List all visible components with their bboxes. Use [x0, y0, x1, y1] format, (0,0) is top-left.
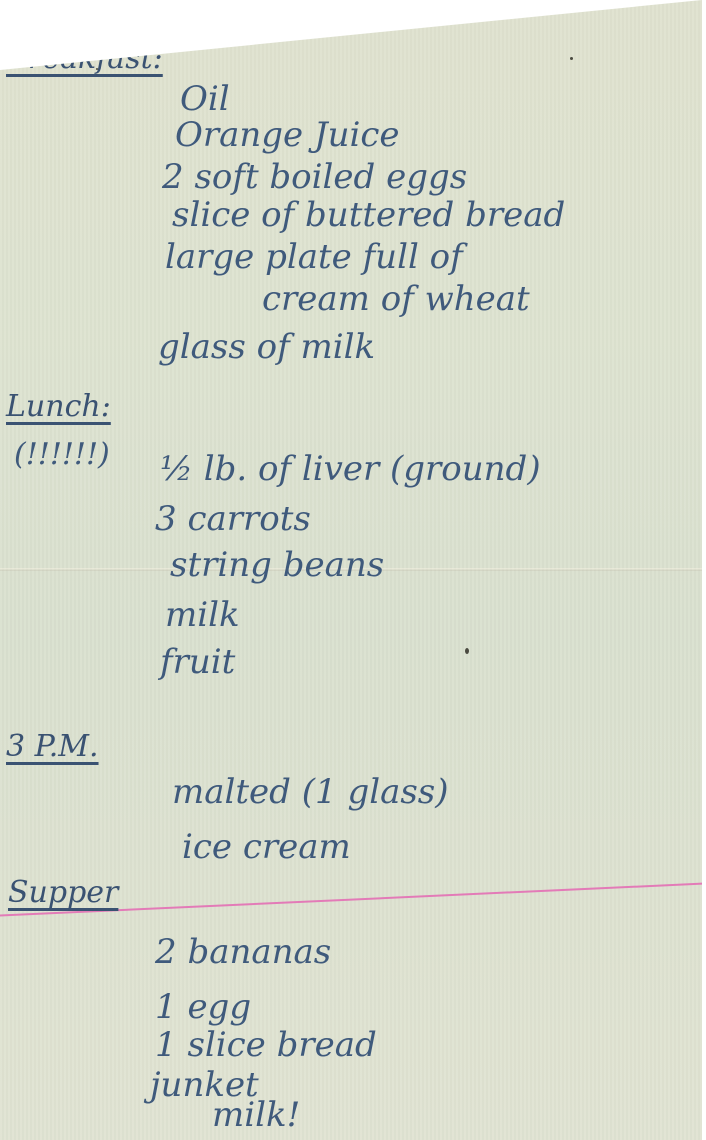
paper-speck: [570, 57, 573, 60]
heading-3pm: 3 P.M.: [6, 732, 99, 762]
page-number: 8.: [300, 2, 321, 24]
list-item: slice of buttered bread: [172, 198, 565, 232]
list-item: ½ lb. of liver (ground): [160, 452, 541, 486]
paper-speck: [96, 68, 98, 70]
paper-speck: [465, 648, 469, 654]
list-item: milk!: [212, 1098, 300, 1132]
list-item: 1 egg: [155, 990, 251, 1024]
list-item: Orange Juice: [175, 118, 400, 152]
list-item: large plate full of: [165, 240, 463, 274]
list-item: glass of milk: [158, 330, 375, 364]
list-item: fruit: [160, 645, 235, 679]
list-item: cream of wheat: [262, 282, 530, 316]
heading-breakfast: Breakfast:: [6, 44, 163, 74]
emphasis-marks: (!!!!!!): [14, 440, 110, 470]
list-item: ice cream: [182, 830, 351, 864]
list-item: Oil: [180, 82, 230, 116]
list-item: 2 bananas: [155, 935, 331, 969]
list-item: 2 soft boiled eggs: [162, 160, 467, 194]
list-item: milk: [165, 598, 240, 632]
list-item: string beans: [170, 548, 384, 582]
heading-lunch: Lunch:: [6, 392, 111, 422]
list-item: 3 carrots: [155, 502, 311, 536]
list-item: malted (1 glass): [172, 775, 449, 809]
paper-sheet: 8. Breakfast: Oil Orange Juice 2 soft bo…: [0, 0, 702, 1140]
heading-supper: Supper: [8, 878, 118, 908]
list-item: 1 slice bread: [155, 1028, 377, 1062]
